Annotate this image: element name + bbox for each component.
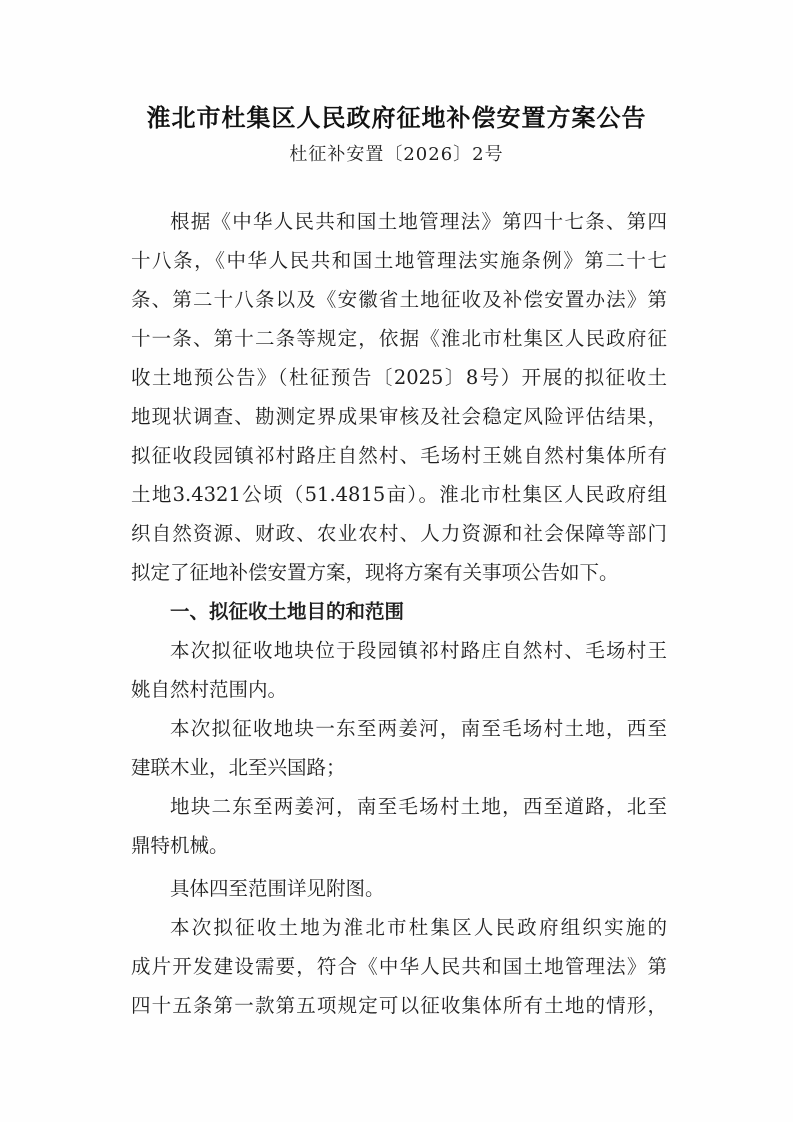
body-text-line: 拟定了征地补偿安置方案，现将方案有关事项公告如下。 bbox=[131, 561, 667, 585]
body-text-line: 十一条、第十二条等规定，依据《淮北市杜集区人民政府征 bbox=[131, 327, 667, 351]
document-title: 淮北市杜集区人民政府征地补偿安置方案公告 bbox=[0, 98, 793, 133]
body-text-line: 条、第二十八条以及《安徽省土地征收及补偿安置办法》第 bbox=[131, 288, 667, 312]
body-text-line: 地块二东至两姜河，南至毛场村土地，西至道路，北至 bbox=[170, 795, 667, 819]
body-text-line: 本次拟征收地块一东至两姜河，南至毛场村土地，西至 bbox=[170, 717, 667, 741]
body-text-line: 姚自然村范围内。 bbox=[131, 678, 667, 702]
document-page: 淮北市杜集区人民政府征地补偿安置方案公告 杜征补安置〔2026〕2号 根据《中华… bbox=[0, 0, 793, 1122]
body-text-line: 十八条，《中华人民共和国土地管理法实施条例》第二十七 bbox=[131, 249, 667, 273]
body-text-line: 地现状调查、勘测定界成果审核及社会稳定风险评估结果， bbox=[131, 405, 667, 429]
body-text-line: 本次拟征收地块位于段园镇祁村路庄自然村、毛场村王 bbox=[170, 639, 667, 663]
body-text-line: 建联木业，北至兴国路； bbox=[131, 756, 667, 780]
body-text-line: 四十五条第一款第五项规定可以征收集体所有土地的情形， bbox=[131, 994, 667, 1018]
body-text-line: 根据《中华人民共和国土地管理法》第四十七条、第四 bbox=[170, 210, 667, 234]
body-text-line: 土地3.4321公顷（51.4815亩）。淮北市杜集区人民政府组 bbox=[131, 483, 667, 507]
section-heading: 一、拟征收土地目的和范围 bbox=[170, 600, 667, 624]
body-text-line: 成片开发建设需要，符合《中华人民共和国土地管理法》第 bbox=[131, 955, 667, 979]
body-text-line: 具体四至范围详见附图。 bbox=[170, 877, 667, 901]
body-text-line: 收土地预公告》（杜征预告〔2025〕8号）开展的拟征收土 bbox=[131, 366, 667, 390]
document-number: 杜征补安置〔2026〕2号 bbox=[0, 140, 793, 166]
body-text-line: 本次拟征收土地为淮北市杜集区人民政府组织实施的 bbox=[170, 916, 667, 940]
body-text-line: 鼎特机械。 bbox=[131, 834, 667, 858]
body-text-line: 拟征收段园镇祁村路庄自然村、毛场村王姚自然村集体所有 bbox=[131, 444, 667, 468]
body-text-line: 织自然资源、财政、农业农村、人力资源和社会保障等部门 bbox=[131, 522, 667, 546]
